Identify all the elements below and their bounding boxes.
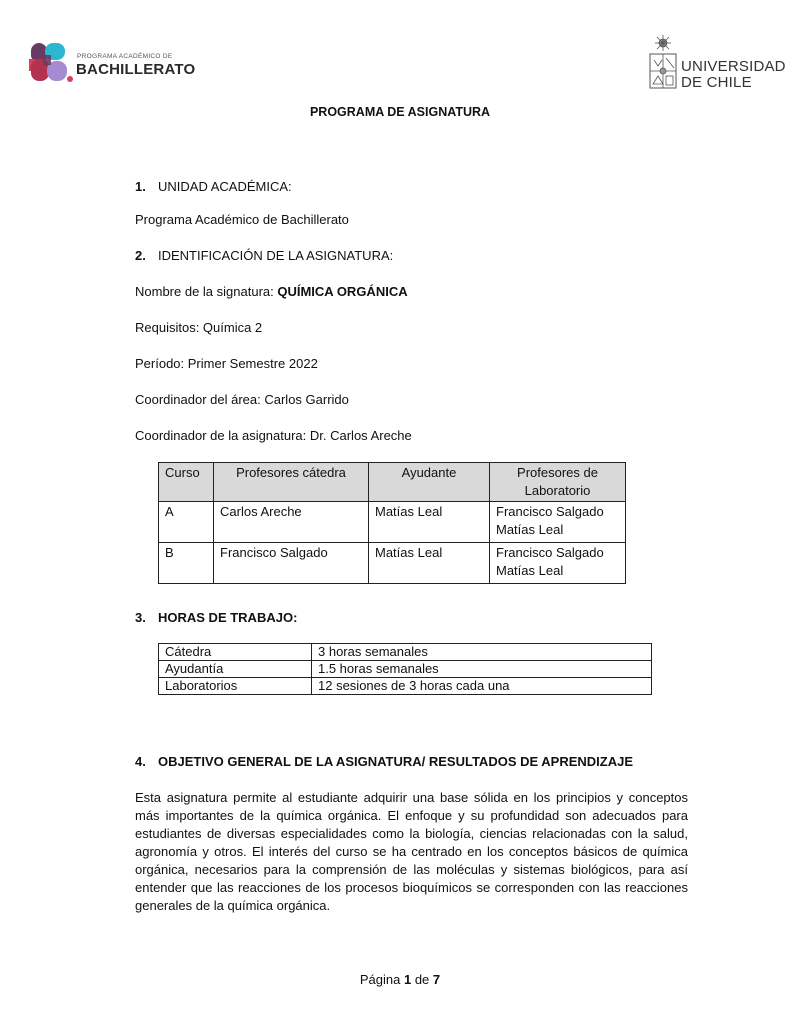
lab-professor: Matías Leal [496, 521, 619, 539]
section-heading-text: HORAS DE TRABAJO: [158, 610, 297, 625]
table-row: B Francisco Salgado Matías Leal Francisc… [159, 543, 626, 584]
header-ayudante: Ayudante [369, 463, 490, 502]
hours-value: 1.5 horas semanales [312, 661, 652, 678]
cell-curso: B [159, 543, 214, 584]
header-profesores-laboratorio: Profesores de Laboratorio [490, 463, 626, 502]
section-heading-text: OBJETIVO GENERAL DE LA ASIGNATURA/ RESUL… [158, 754, 633, 769]
header-curso: Curso [159, 463, 214, 502]
table-header-row: Curso Profesores cátedra Ayudante Profes… [159, 463, 626, 502]
section-number: 1. [135, 179, 158, 194]
lab-professor: Matías Leal [496, 562, 619, 580]
bachillerato-logo-title: BACHILLERATO [76, 61, 195, 78]
coordinador-asignatura: Coordinador de la asignatura: Dr. Carlos… [135, 428, 412, 443]
hours-key: Laboratorios [159, 678, 312, 695]
section-heading-text: IDENTIFICACIÓN DE LA ASIGNATURA: [158, 248, 393, 263]
section-1-heading: 1.UNIDAD ACADÉMICA: [135, 179, 292, 194]
section-3-heading: 3.HORAS DE TRABAJO: [135, 610, 297, 625]
staff-table: Curso Profesores cátedra Ayudante Profes… [158, 462, 626, 584]
bachillerato-logo-subtitle: PROGRAMA ACADÉMICO DE [77, 53, 173, 60]
table-row: Cátedra 3 horas semanales [159, 644, 652, 661]
page-of-label: de [411, 972, 433, 987]
cell-laboratorio: Francisco Salgado Matías Leal [490, 502, 626, 543]
cell-ayudante: Matías Leal [369, 502, 490, 543]
universidad-de-chile-logo: UNIVERSIDAD DE CHILE [648, 34, 788, 92]
section-number: 2. [135, 248, 158, 263]
hours-value: 3 horas semanales [312, 644, 652, 661]
university-crest-icon [648, 34, 678, 90]
page-label: Página [360, 972, 404, 987]
bachillerato-b-icon [29, 41, 73, 83]
unidad-academica-value: Programa Académico de Bachillerato [135, 212, 349, 227]
cell-catedra: Francisco Salgado [214, 543, 369, 584]
nombre-label: Nombre de la signatura: [135, 284, 277, 299]
nombre-asignatura: Nombre de la signatura: QUÍMICA ORGÁNICA [135, 284, 408, 299]
nombre-value: QUÍMICA ORGÁNICA [277, 284, 407, 299]
hours-value: 12 sesiones de 3 horas cada una [312, 678, 652, 695]
requisitos: Requisitos: Química 2 [135, 320, 262, 335]
hours-table: Cátedra 3 horas semanales Ayudantía 1.5 … [158, 643, 652, 695]
page-footer: Página 1 de 7 [0, 972, 800, 987]
university-name-line2: DE CHILE [681, 74, 752, 91]
lab-professor: Francisco Salgado [496, 503, 619, 521]
section-2-heading: 2.IDENTIFICACIÓN DE LA ASIGNATURA: [135, 248, 393, 263]
university-name-line1: UNIVERSIDAD [681, 58, 786, 75]
cell-laboratorio: Francisco Salgado Matías Leal [490, 543, 626, 584]
hours-key: Cátedra [159, 644, 312, 661]
cell-ayudante: Matías Leal [369, 543, 490, 584]
objetivo-paragraph: Esta asignatura permite al estudiante ad… [135, 789, 688, 915]
section-number: 4. [135, 754, 158, 769]
header-profesores-catedra: Profesores cátedra [214, 463, 369, 502]
bachillerato-logo: PROGRAMA ACADÉMICO DE BACHILLERATO [29, 41, 199, 85]
page-total: 7 [433, 972, 440, 987]
cell-catedra: Carlos Areche [214, 502, 369, 543]
section-4-heading: 4.OBJETIVO GENERAL DE LA ASIGNATURA/ RES… [135, 754, 633, 769]
document-title: PROGRAMA DE ASIGNATURA [0, 105, 800, 119]
coordinador-area: Coordinador del área: Carlos Garrido [135, 392, 349, 407]
section-number: 3. [135, 610, 158, 625]
table-row: Laboratorios 12 sesiones de 3 horas cada… [159, 678, 652, 695]
cell-curso: A [159, 502, 214, 543]
periodo: Período: Primer Semestre 2022 [135, 356, 318, 371]
table-row: Ayudantía 1.5 horas semanales [159, 661, 652, 678]
lab-professor: Francisco Salgado [496, 544, 619, 562]
table-row: A Carlos Areche Matías Leal Francisco Sa… [159, 502, 626, 543]
hours-key: Ayudantía [159, 661, 312, 678]
section-heading-text: UNIDAD ACADÉMICA: [158, 179, 292, 194]
